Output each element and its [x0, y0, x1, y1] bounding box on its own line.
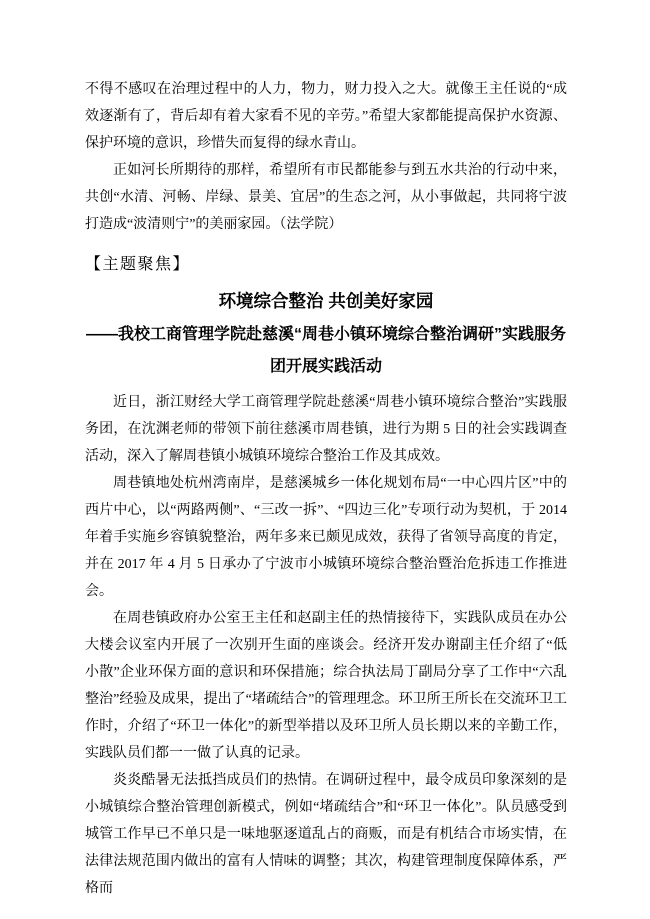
section-marker-theme-focus: 【主题聚焦】 — [85, 251, 567, 278]
paragraph-reflections: 炎炎酷暑无法抵挡成员们的热情。在调研过程中，最令成员印象深刻的是小城镇综合整治管… — [85, 767, 567, 902]
paragraph-symposium: 在周巷镇政府办公室王主任和赵副主任的热情接待下，实践队成员在办公大楼会议室内开展… — [85, 605, 567, 767]
document-page: 不得不感叹在治理过程中的人力，物力，财力投入之大。就像王主任说的“成效逐渐有了，… — [0, 0, 650, 919]
paragraph-zhouxiang-background: 周巷镇地处杭州湾南岸，是慈溪城乡一体化规划布局“一中心四片区”中的西片中心，以“… — [85, 470, 567, 605]
paragraph-river-chief-hope: 正如河长所期待的那样，希望所有市民都能参与到五水共治的行动中来，共创“水清、河畅… — [85, 157, 567, 238]
paragraph-treatment-effort: 不得不感叹在治理过程中的人力，物力，财力投入之大。就像王主任说的“成效逐渐有了，… — [85, 76, 567, 157]
page-content: 不得不感叹在治理过程中的人力，物力，财力投入之大。就像王主任说的“成效逐渐有了，… — [85, 76, 567, 902]
article-title: 环境综合整治 共创美好家园 — [85, 285, 567, 317]
article-subtitle: ——我校工商管理学院赴慈溪“周巷小镇环境综合整治调研”实践服务团开展实践活动 — [85, 319, 567, 383]
paragraph-trip-overview: 近日，浙江财经大学工商管理学院赴慈溪“周巷小镇环境综合整治”实践服务团，在沈渊老… — [85, 389, 567, 470]
